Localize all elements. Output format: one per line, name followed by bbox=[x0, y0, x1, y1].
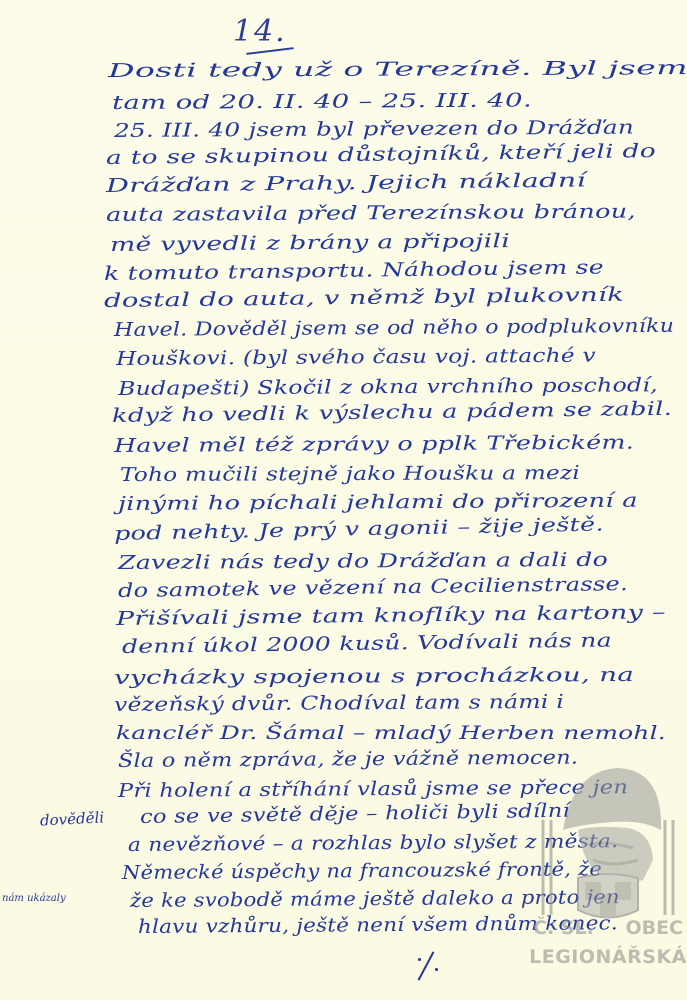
handwritten-line: 25. III. 40 jsem byl převezen do Drážďan bbox=[114, 117, 634, 142]
handwritten-line: vězeňský dvůr. Chodíval tam s námi i bbox=[114, 691, 564, 716]
handwritten-line: Německé úspěchy na francouzské frontě, ž… bbox=[122, 858, 602, 884]
signature-dot bbox=[418, 958, 421, 961]
handwritten-line: auta zastavila před Terezínskou bránou, bbox=[106, 201, 636, 226]
handwritten-line: Budapešti) Skočil z okna vrchního poscho… bbox=[118, 374, 658, 400]
handwritten-line: kancléř Dr. Šámal – mladý Herben nemohl. bbox=[116, 722, 666, 744]
handwritten-line: Houškovi. (byl svého času voj. attaché v bbox=[116, 345, 596, 370]
handwritten-line: tam od 20. II. 40 – 25. III. 40. bbox=[112, 89, 532, 114]
handwritten-line: Šla o něm zpráva, že je vážně nemocen. bbox=[118, 747, 578, 772]
watermark-csl: Č. SL. bbox=[533, 917, 594, 939]
page-number: 14. bbox=[233, 14, 287, 49]
watermark-obec: OBEC bbox=[625, 917, 683, 939]
legion-watermark-logo: Č. SL. OBEC LEGIONÁŘSKÁ bbox=[533, 760, 683, 990]
watermark-text-line2: LEGIONÁŘSKÁ bbox=[533, 946, 683, 968]
handwritten-line: Havel měl též zprávy o pplk Třebickém. bbox=[114, 432, 634, 457]
margin-note-doveděli: dověděli bbox=[40, 808, 105, 829]
watermark-text-line1: Č. SL. OBEC bbox=[533, 917, 683, 939]
handwritten-line: mě vyvedli z brány a připojili bbox=[110, 230, 510, 256]
handwritten-line: vycházky spojenou s procházkou, na bbox=[114, 664, 634, 689]
margin-note-ukazaly: nám ukázaly bbox=[2, 893, 66, 904]
handwritten-line: Toho mučili stejně jako Houšku a mezi bbox=[120, 462, 580, 486]
soldier-emblem-icon bbox=[533, 760, 683, 920]
handwritten-line: jinými ho píchali jehlami do přirození a bbox=[118, 490, 638, 515]
handwritten-line: Dosti tedy už o Terezíně. Byl jsem bbox=[108, 57, 687, 82]
handwritten-line: Zavezli nás tedy do Drážďan a dali do bbox=[118, 549, 608, 574]
handwritten-line: Havel. Dověděl jsem se od něho o podpluk… bbox=[114, 315, 674, 341]
signature-dot bbox=[435, 968, 438, 971]
